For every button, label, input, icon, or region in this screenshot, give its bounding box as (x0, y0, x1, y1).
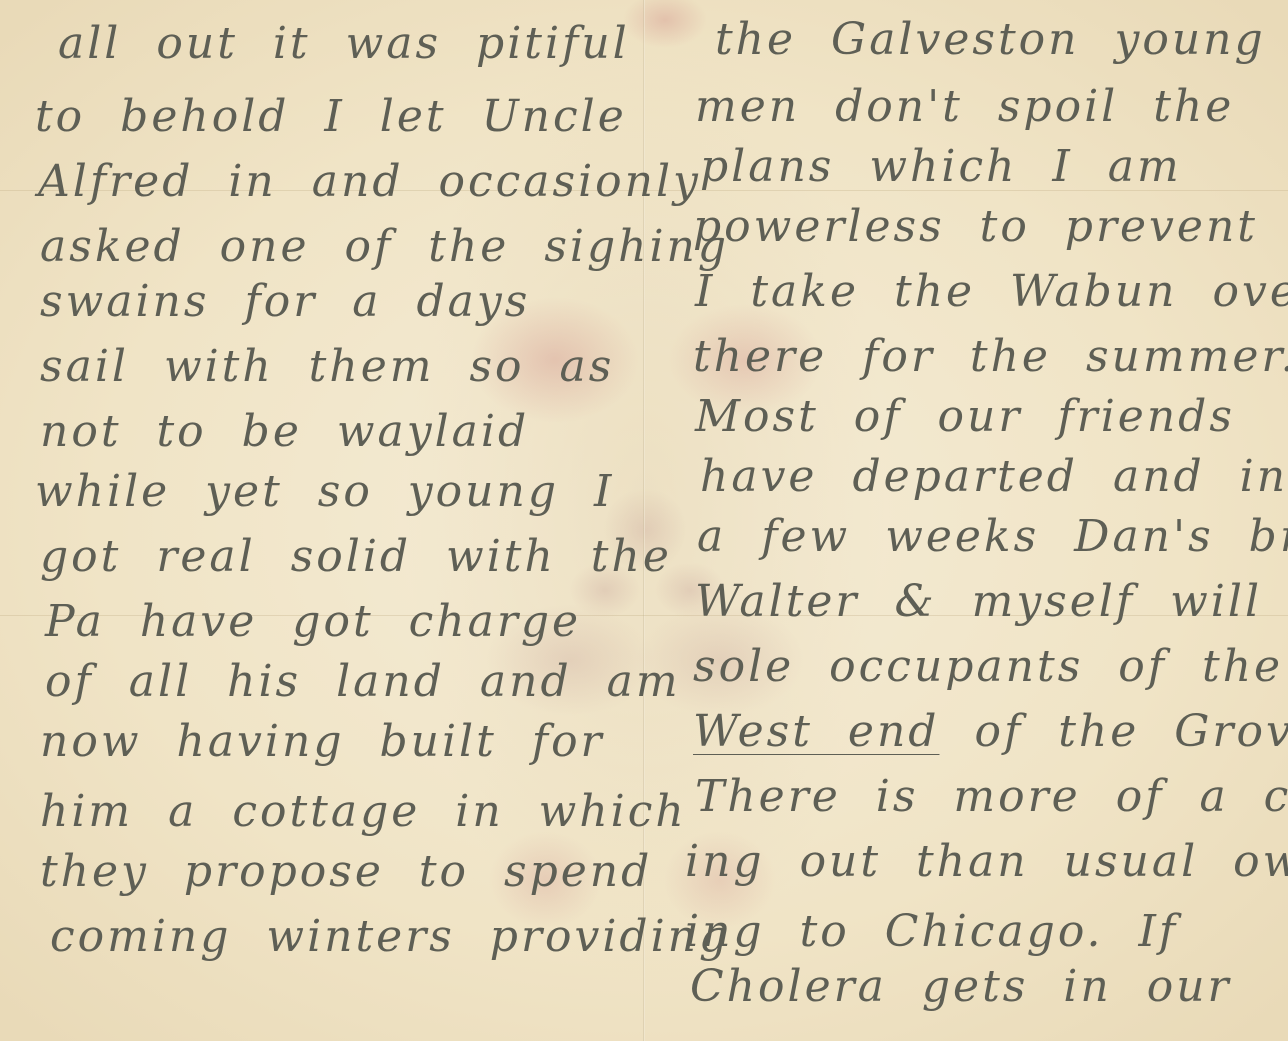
left-line-1: all out it was pitiful (58, 22, 630, 66)
left-line-12: now having built for (40, 720, 605, 764)
left-line-15: coming winters providing (50, 915, 730, 959)
right-line-12-rest: of the Grove (974, 706, 1288, 757)
left-line-9: got real solid with the (40, 535, 672, 579)
left-line-8: while yet so young I (35, 470, 614, 514)
left-line-14: they propose to spend (40, 850, 652, 894)
left-line-4: asked one of the sighing (40, 225, 729, 269)
left-line-11: of all his land and am (45, 660, 681, 704)
right-line-9: a few weeks Dan's brother (697, 515, 1288, 559)
left-line-13: him a cottage in which (40, 790, 687, 834)
right-line-6: there for the summer. (693, 335, 1288, 379)
left-line-2: to behold I let Uncle (35, 95, 627, 139)
right-line-7: Most of our friends (695, 395, 1235, 439)
left-line-5: swains for a days (40, 280, 530, 324)
letter-sheet: all out it was pitiful to behold I let U… (0, 0, 1288, 1041)
left-page: all out it was pitiful to behold I let U… (0, 0, 643, 1041)
right-line-8: have departed and in (700, 455, 1288, 499)
left-line-7: not to be waylaid (40, 410, 529, 454)
right-line-2: men don't spoil the (695, 85, 1234, 129)
right-line-13: There is more of a clear (695, 775, 1288, 819)
right-line-4: powerless to prevent unless (693, 205, 1288, 249)
right-page: the Galveston young men don't spoil the … (645, 0, 1288, 1041)
right-line-16: Cholera gets in our (690, 965, 1232, 1009)
right-line-1: the Galveston young (715, 18, 1266, 62)
left-line-6: sail with them so as (40, 345, 614, 389)
right-line-15: ing to Chicago. If (685, 910, 1178, 954)
left-line-3: Alfred in and occasionly (38, 160, 701, 204)
right-line-10: Walter & myself will be (695, 580, 1288, 624)
right-line-14: ing out than usual owe (685, 840, 1288, 884)
right-line-5: I take the Wabun over (695, 270, 1288, 314)
left-line-10: Pa have got charge (45, 600, 581, 644)
right-line-3: plans which I am (700, 145, 1182, 189)
underlined-phrase: West end (693, 706, 939, 757)
right-line-12: West end of the Grove (693, 710, 1288, 754)
right-line-11: sole occupants of the (693, 645, 1283, 689)
